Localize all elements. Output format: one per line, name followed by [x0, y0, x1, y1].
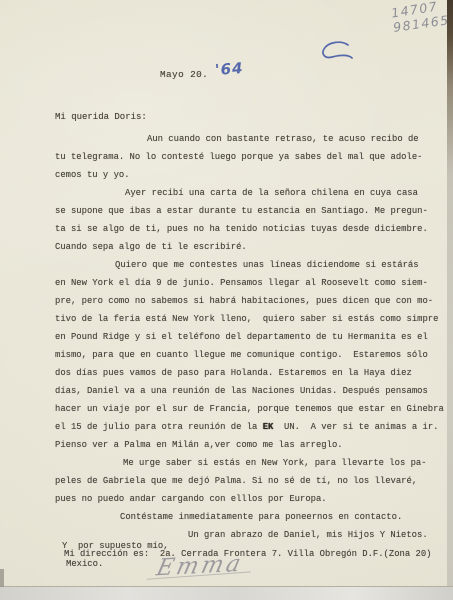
letter-line: se supone que ibas a estar durante tu es…	[55, 202, 447, 220]
letter-body: Aun cuando con bastante retraso, te acus…	[55, 130, 447, 544]
letter-line: Cuando sepa algo de ti le escribiré.	[55, 238, 447, 256]
scanner-background-strip	[0, 587, 453, 600]
scan-edge-shadow	[447, 0, 453, 586]
handwritten-signature: Emma	[154, 551, 246, 582]
letter-line: el 15 de julio para otra reunión de la E…	[55, 418, 447, 436]
letter-line: en Pound Ridge y si el teléfono del depa…	[55, 328, 447, 346]
letter-line: cemos tu y yo.	[55, 166, 447, 184]
letter-line: Quiero que me contestes unas líneas dici…	[55, 256, 447, 274]
letter-line: Aun cuando con bastante retraso, te acus…	[55, 130, 447, 148]
paper-edge-nick	[0, 569, 4, 587]
letter-line: pues no puedo andar cargando con elllos …	[55, 490, 447, 508]
letter-line: peles de Gabriela que me dejó Palma. Si …	[55, 472, 447, 490]
letter-line: en New York el día 9 de junio. Pensamos …	[55, 274, 447, 292]
postscript-address: Mi dirección es: 2a. Cerrada Frontera 7.…	[64, 549, 432, 559]
postscript-country: Mexico.	[66, 559, 103, 569]
letter-line: Me urge saber si estás en New York, para…	[55, 454, 447, 472]
ink-curve-mark	[317, 41, 355, 67]
letter-line: tu telegrama. No lo contesté luego porqu…	[55, 148, 447, 166]
letter-line: ta si se algo de ti, pues no ha tenido n…	[55, 220, 447, 238]
letter-page: 14707 981465 Mayo 20. '64 Mi querida Dor…	[0, 0, 453, 587]
salutation: Mi querida Doris:	[55, 112, 147, 122]
letter-line: pre, pero como no sabemos si habrá habit…	[55, 292, 447, 310]
handwritten-year: '64	[214, 59, 244, 79]
letter-line: tivo de la feria está New York lleno, qu…	[55, 310, 447, 328]
letter-line: Pienso ver a Palma en Milán a,ver como m…	[55, 436, 447, 454]
letter-line: Contéstame inmediatamente para poneernos…	[55, 508, 447, 526]
letter-line: días, Daniel va a una reunión de las Nac…	[55, 382, 447, 400]
letter-line: dos días pues vamos de paso para Holanda…	[55, 364, 447, 382]
letter-line: mismo, para que en cuanto llegue me comu…	[55, 346, 447, 364]
typed-date: Mayo 20.	[160, 69, 208, 80]
letter-line: hacer un viaje por el sur de Francia, po…	[55, 400, 447, 418]
scanned-letter-canvas: 14707 981465 Mayo 20. '64 Mi querida Dor…	[0, 0, 453, 600]
letter-line: Ayer recibí una carta de la señora chile…	[55, 184, 447, 202]
